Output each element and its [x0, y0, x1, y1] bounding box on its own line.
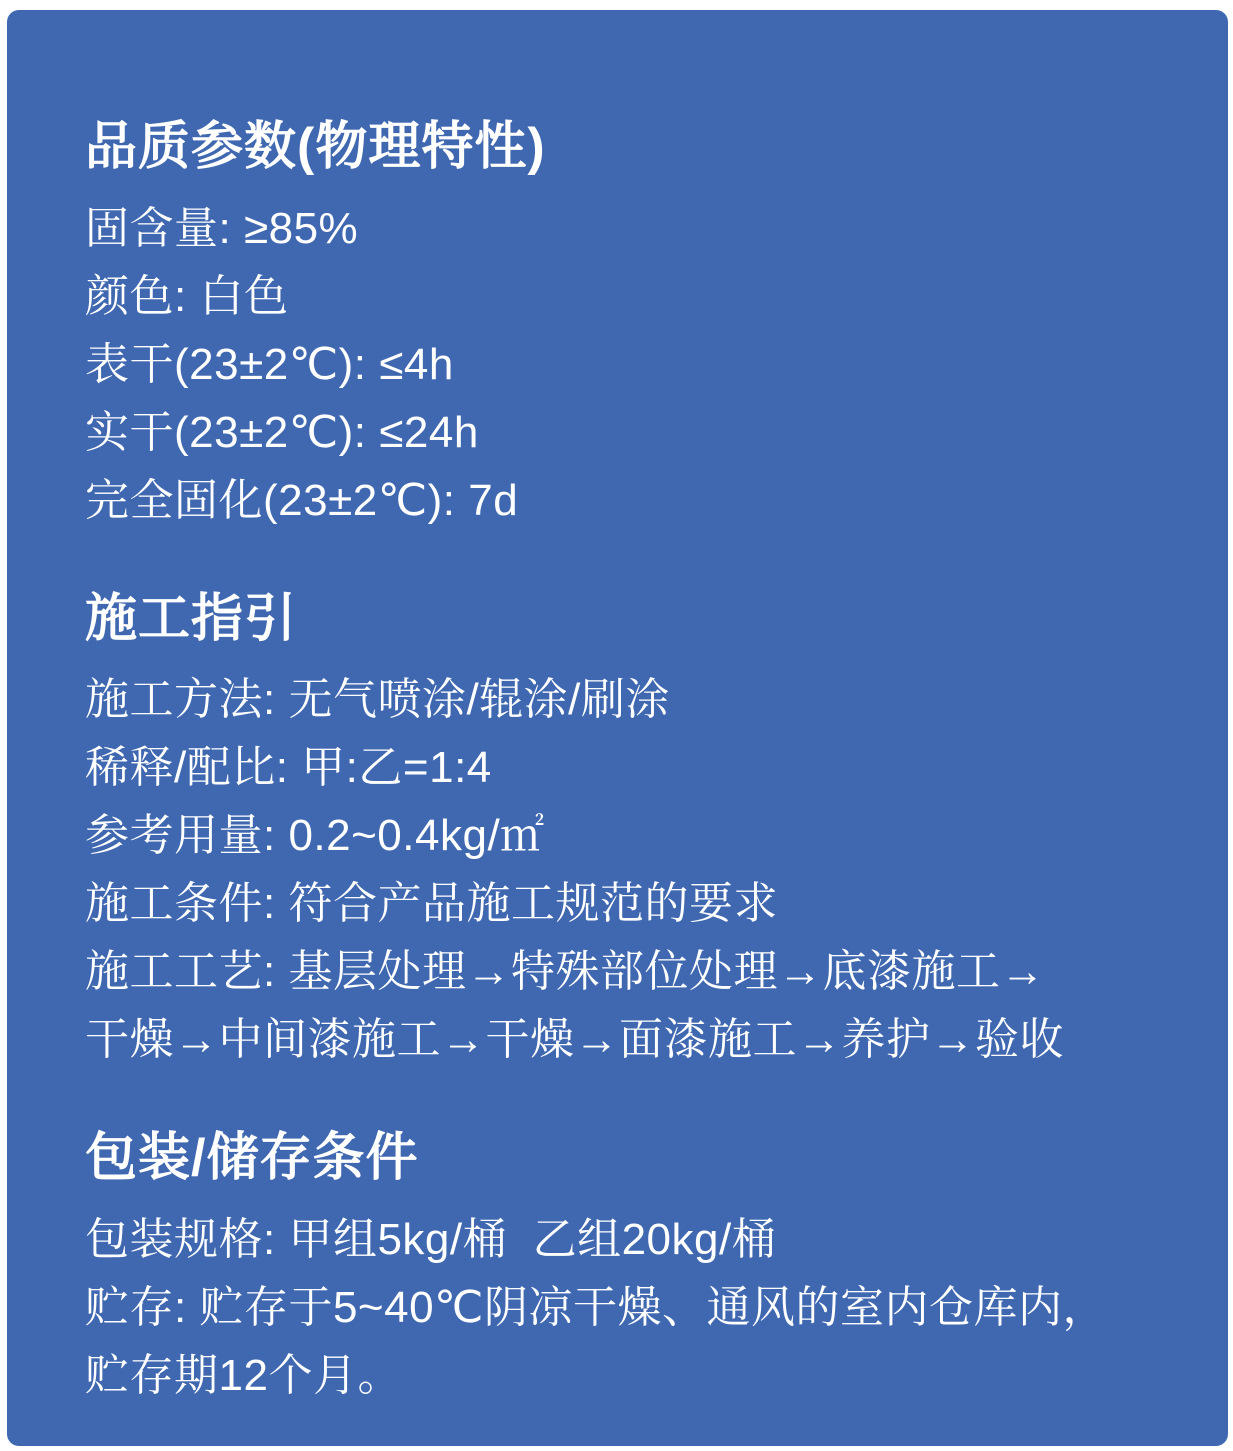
spec-line-color: 颜色: 白色 — [85, 263, 1173, 331]
section-packaging-storage: 包装/储存条件 包装规格: 甲组5kg/桶 乙组20kg/桶 贮存: 贮存于5~… — [85, 1126, 1173, 1410]
spec-line-packaging-spec: 包装规格: 甲组5kg/桶 乙组20kg/桶 — [85, 1206, 1173, 1274]
spec-line-full-cure: 完全固化(23±2℃): 7d — [85, 467, 1173, 535]
spec-line-solid-content: 固含量: ≥85% — [85, 195, 1173, 263]
spec-lines: 包装规格: 甲组5kg/桶 乙组20kg/桶 贮存: 贮存于5~40℃阴凉干燥、… — [85, 1206, 1173, 1410]
spec-line-construction-process-2: 干燥→中间漆施工→干燥→面漆施工→养护→验收 — [85, 1006, 1173, 1074]
spec-line-hard-dry: 实干(23±2℃): ≤24h — [85, 399, 1173, 467]
section-heading-quality-parameters: 品质参数(物理特性) — [85, 115, 1173, 181]
spec-line-storage-2: 贮存期12个月。 — [85, 1342, 1173, 1410]
section-heading-packaging-storage: 包装/储存条件 — [85, 1126, 1173, 1192]
spec-lines: 固含量: ≥85% 颜色: 白色 表干(23±2℃): ≤4h 实干(23±2℃… — [85, 195, 1173, 535]
section-heading-construction-guide: 施工指引 — [85, 587, 1173, 653]
spec-line-surface-dry: 表干(23±2℃): ≤4h — [85, 331, 1173, 399]
section-quality-parameters: 品质参数(物理特性) 固含量: ≥85% 颜色: 白色 表干(23±2℃): ≤… — [85, 115, 1173, 535]
spec-lines: 施工方法: 无气喷涂/辊涂/刷涂 稀释/配比: 甲:乙=1:4 参考用量: 0.… — [85, 666, 1173, 1074]
spec-line-dilution-ratio: 稀释/配比: 甲:乙=1:4 — [85, 734, 1173, 802]
product-spec-panel: 品质参数(物理特性) 固含量: ≥85% 颜色: 白色 表干(23±2℃): ≤… — [7, 10, 1228, 1446]
spec-line-reference-dosage: 参考用量: 0.2~0.4kg/㎡ — [85, 802, 1173, 870]
spec-line-construction-process-1: 施工工艺: 基层处理→特殊部位处理→底漆施工→ — [85, 938, 1173, 1006]
section-construction-guide: 施工指引 施工方法: 无气喷涂/辊涂/刷涂 稀释/配比: 甲:乙=1:4 参考用… — [85, 587, 1173, 1075]
spec-line-application-method: 施工方法: 无气喷涂/辊涂/刷涂 — [85, 666, 1173, 734]
spec-line-storage-1: 贮存: 贮存于5~40℃阴凉干燥、通风的室内仓库内， — [85, 1274, 1173, 1342]
spec-line-construction-conditions: 施工条件: 符合产品施工规范的要求 — [85, 870, 1173, 938]
